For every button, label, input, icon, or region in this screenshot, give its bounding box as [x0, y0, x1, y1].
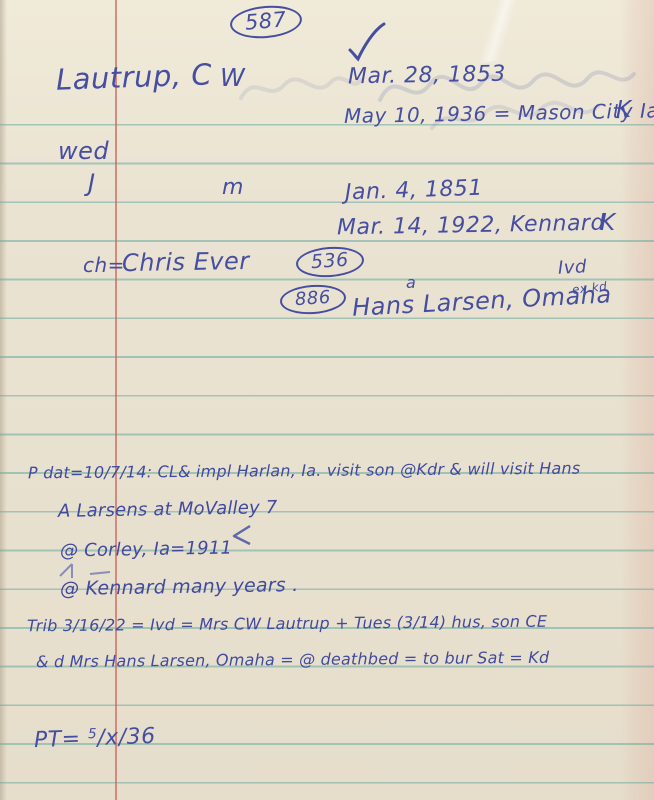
entry-birth-date: Mar. 28, 1853 [348, 63, 506, 90]
spouse-death-code: K [600, 211, 616, 236]
pt-rest: /x/36 [97, 724, 156, 751]
ruled-lines [0, 87, 654, 800]
note-line-1: P dat=10/7/14: CL& impl Harlan, Ia. visi… [28, 460, 580, 482]
entry-death-code: K [616, 98, 632, 123]
children-label: ch= [83, 254, 125, 276]
child1-ref: 536 [295, 245, 365, 280]
note-line-5: Trib 3/16/22 = Ivd = Mrs CW Lautrup + Tu… [27, 613, 547, 635]
note-line-4: @ Kennard many years . [60, 575, 299, 600]
pen-mark [228, 522, 256, 550]
child2-superscript-a: a [406, 274, 416, 292]
note-line-3: @ Corley, Ia=1911 [60, 538, 232, 561]
spouse-death-date: Mar. 14, 1922, Kennard [337, 212, 605, 241]
wed-label: wed [58, 138, 109, 164]
entry-name: Lautrup, C [55, 59, 212, 96]
red-margin-line [115, 0, 117, 800]
spouse-birth-date: Jan. 4, 1851 [345, 177, 484, 206]
pt-note: PT= 5/x/36 [34, 725, 156, 753]
scanned-notebook-page: 587 Lautrup, C W Mar. 28, 1853 May 10, 1… [0, 0, 654, 800]
checkmark-icon [342, 20, 390, 62]
page-number: 587 [229, 3, 303, 41]
note-line-6: & d Mrs Hans Larsen, Omaha = @ deathbed … [36, 649, 549, 671]
ivd-note: Ivd [558, 257, 588, 278]
child2-ref: 886 [279, 283, 347, 316]
entry-death-date: May 10, 1936 = Mason City Ia = [344, 99, 654, 127]
note-line-2: A Larsens at MoValley 7 [58, 498, 278, 522]
entry-middle-initial: W [220, 64, 245, 92]
bleedthrough-writing [235, 60, 365, 110]
spouse-initial: J [88, 170, 96, 196]
child1-name: Chris Ever [122, 248, 250, 277]
pt-prefix: PT= [34, 727, 81, 754]
spouse-m: m [222, 176, 244, 200]
